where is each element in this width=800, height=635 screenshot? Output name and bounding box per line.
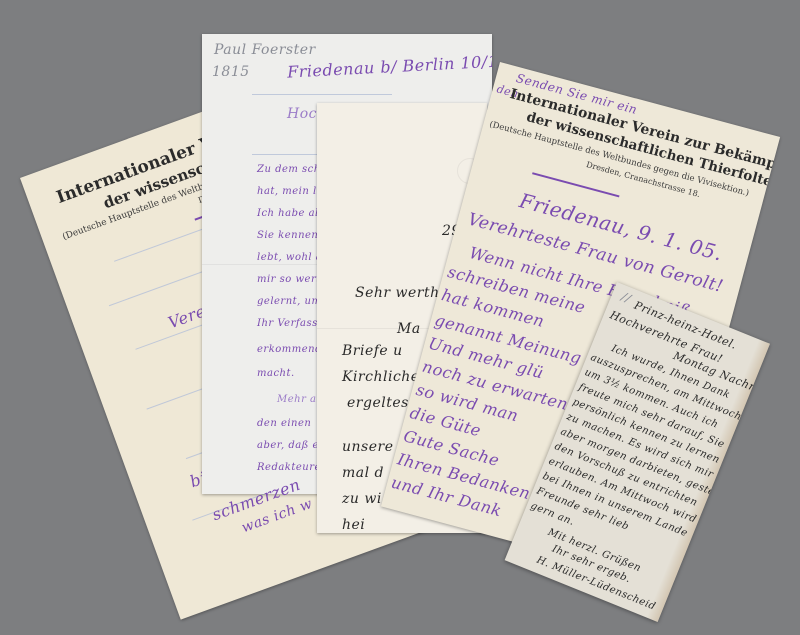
body-line: hei xyxy=(342,517,365,533)
body-line: Sehr werthe xyxy=(355,285,448,301)
body-line: gelernt, um xyxy=(257,296,321,307)
body-line: macht. xyxy=(257,368,295,379)
body-line: ergeltes xyxy=(347,395,409,411)
body-line: zu wi xyxy=(342,491,382,507)
dateline: Friedenau b/ Berlin 10/10 84. xyxy=(287,49,492,81)
body-line: Ma xyxy=(397,321,421,337)
corner-mark: // xyxy=(620,289,634,305)
body-line: Kirchliche xyxy=(342,369,420,385)
body-line: Sie kennen xyxy=(257,230,318,241)
body-line: mal d xyxy=(342,465,384,481)
body-line: den einen xyxy=(257,418,311,429)
pencil-note-name: Paul Foerster xyxy=(214,42,316,58)
body-line: aber, daß es xyxy=(257,440,325,451)
pencil-note-number: 1815 xyxy=(212,64,250,80)
body-line: Briefe u xyxy=(342,343,403,359)
body-line: unsere xyxy=(342,439,393,455)
